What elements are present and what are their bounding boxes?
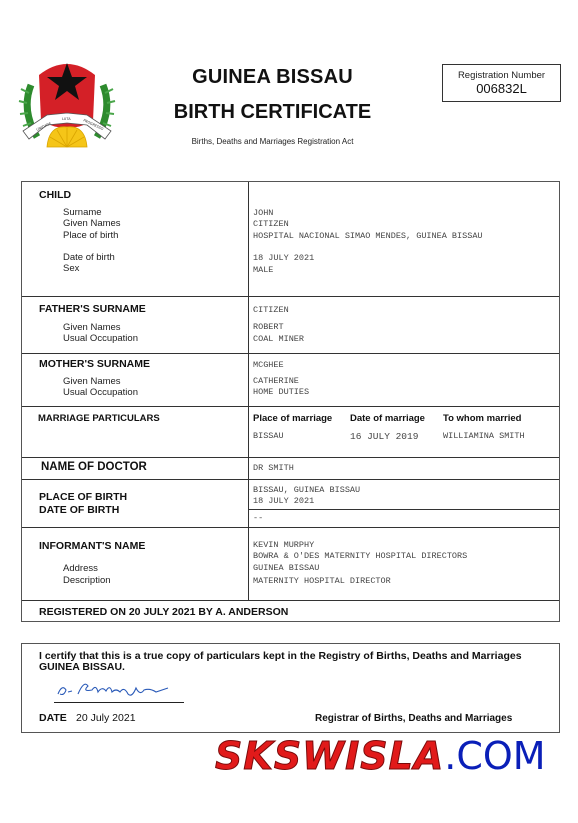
mother-surname-value: MCGHEE bbox=[253, 360, 284, 371]
father-given-names-label: Given Names bbox=[63, 322, 121, 333]
child-sex-value: MALE bbox=[253, 265, 273, 276]
watermark-logo: SKSWISLA.COM bbox=[215, 734, 546, 779]
date-of-birth-heading: DATE OF BIRTH bbox=[39, 504, 119, 516]
to-whom-married-header: To whom married bbox=[443, 413, 521, 424]
informant-description-value: MATERNITY HOSPITAL DIRECTOR bbox=[253, 576, 391, 587]
child-date-of-birth-label: Date of birth bbox=[63, 252, 115, 263]
father-given-names-value: ROBERT bbox=[253, 322, 284, 333]
doctor-value: DR SMITH bbox=[253, 463, 294, 474]
birth-extra-value: -- bbox=[253, 513, 263, 524]
informant-address-line2: GUINEA BISSAU bbox=[253, 563, 319, 574]
doctor-heading: NAME OF DOCTOR bbox=[41, 461, 147, 473]
to-whom-married-value: WILLIAMINA SMITH bbox=[443, 431, 525, 442]
signature-line bbox=[54, 702, 184, 703]
date-of-birth-value: 18 JULY 2021 bbox=[253, 496, 314, 507]
place-of-marriage-header: Place of marriage bbox=[253, 413, 332, 424]
registrar-title: Registrar of Births, Deaths and Marriage… bbox=[315, 713, 512, 724]
coat-of-arms-emblem: UNIDADE LUTA PROGRESSO bbox=[17, 55, 117, 155]
mother-occupation-value: HOME DUTIES bbox=[253, 387, 309, 398]
svg-text:LUTA: LUTA bbox=[62, 117, 71, 121]
father-surname-value: CITIZEN bbox=[253, 305, 289, 316]
date-of-marriage-header: Date of marriage bbox=[350, 413, 425, 424]
child-surname-label: Surname bbox=[63, 207, 102, 218]
mother-occupation-label: Usual Occupation bbox=[63, 387, 138, 398]
informant-description-label: Description bbox=[63, 575, 111, 586]
certificate-details-table: CHILD Surname Given Names Place of birth… bbox=[21, 181, 560, 622]
certification-jurisdiction: GUINEA BISSAU. bbox=[39, 661, 125, 673]
registrar-signature bbox=[52, 676, 182, 702]
child-given-names-value: CITIZEN bbox=[253, 219, 289, 230]
father-surname-heading: FATHER'S SURNAME bbox=[39, 303, 146, 315]
registration-number-box: Registration Number 006832L bbox=[442, 64, 561, 102]
date-of-marriage-value: 16 JULY 2019 bbox=[350, 431, 418, 442]
marriage-particulars-heading: MARRIAGE PARTICULARS bbox=[38, 413, 160, 424]
country-title: GUINEA BISSAU bbox=[150, 66, 395, 89]
registration-number: 006832L bbox=[443, 81, 560, 96]
father-occupation-value: COAL MINER bbox=[253, 334, 304, 345]
child-place-of-birth-value: HOSPITAL NACIONAL SIMAO MENDES, GUINEA B… bbox=[253, 231, 483, 242]
registration-label: Registration Number bbox=[443, 70, 560, 81]
child-heading: CHILD bbox=[39, 189, 71, 201]
informant-heading: INFORMANT'S NAME bbox=[39, 540, 145, 552]
certification-date-label: DATE bbox=[39, 712, 67, 724]
informant-address-label: Address bbox=[63, 563, 98, 574]
place-of-marriage-value: BISSAU bbox=[253, 431, 284, 442]
registered-on-text: REGISTERED ON 20 JULY 2021 BY A. ANDERSO… bbox=[39, 606, 288, 618]
place-of-birth-heading: PLACE OF BIRTH bbox=[39, 491, 127, 503]
child-date-of-birth-value: 18 JULY 2021 bbox=[253, 253, 314, 264]
mother-surname-heading: MOTHER'S SURNAME bbox=[39, 358, 150, 370]
place-of-birth-value: BISSAU, GUINEA BISSAU bbox=[253, 485, 360, 496]
child-surname-value: JOHN bbox=[253, 208, 273, 219]
informant-name-value: KEVIN MURPHY bbox=[253, 540, 314, 551]
mother-given-names-label: Given Names bbox=[63, 376, 121, 387]
child-place-of-birth-label: Place of birth bbox=[63, 230, 118, 241]
document-title: BIRTH CERTIFICATE bbox=[150, 101, 395, 124]
watermark-tld: .COM bbox=[444, 734, 545, 778]
informant-address-line1: BOWRA & O'DES MATERNITY HOSPITAL DIRECTO… bbox=[253, 551, 467, 562]
act-subtitle: Births, Deaths and Marriages Registratio… bbox=[150, 137, 395, 146]
mother-given-names-value: CATHERINE bbox=[253, 376, 299, 387]
child-sex-label: Sex bbox=[63, 263, 79, 274]
certification-box: I certify that this is a true copy of pa… bbox=[21, 643, 560, 733]
father-occupation-label: Usual Occupation bbox=[63, 333, 138, 344]
watermark-name: SKSWISLA bbox=[215, 734, 444, 778]
child-given-names-label: Given Names bbox=[63, 218, 121, 229]
certification-date-value: 20 July 2021 bbox=[76, 712, 136, 724]
